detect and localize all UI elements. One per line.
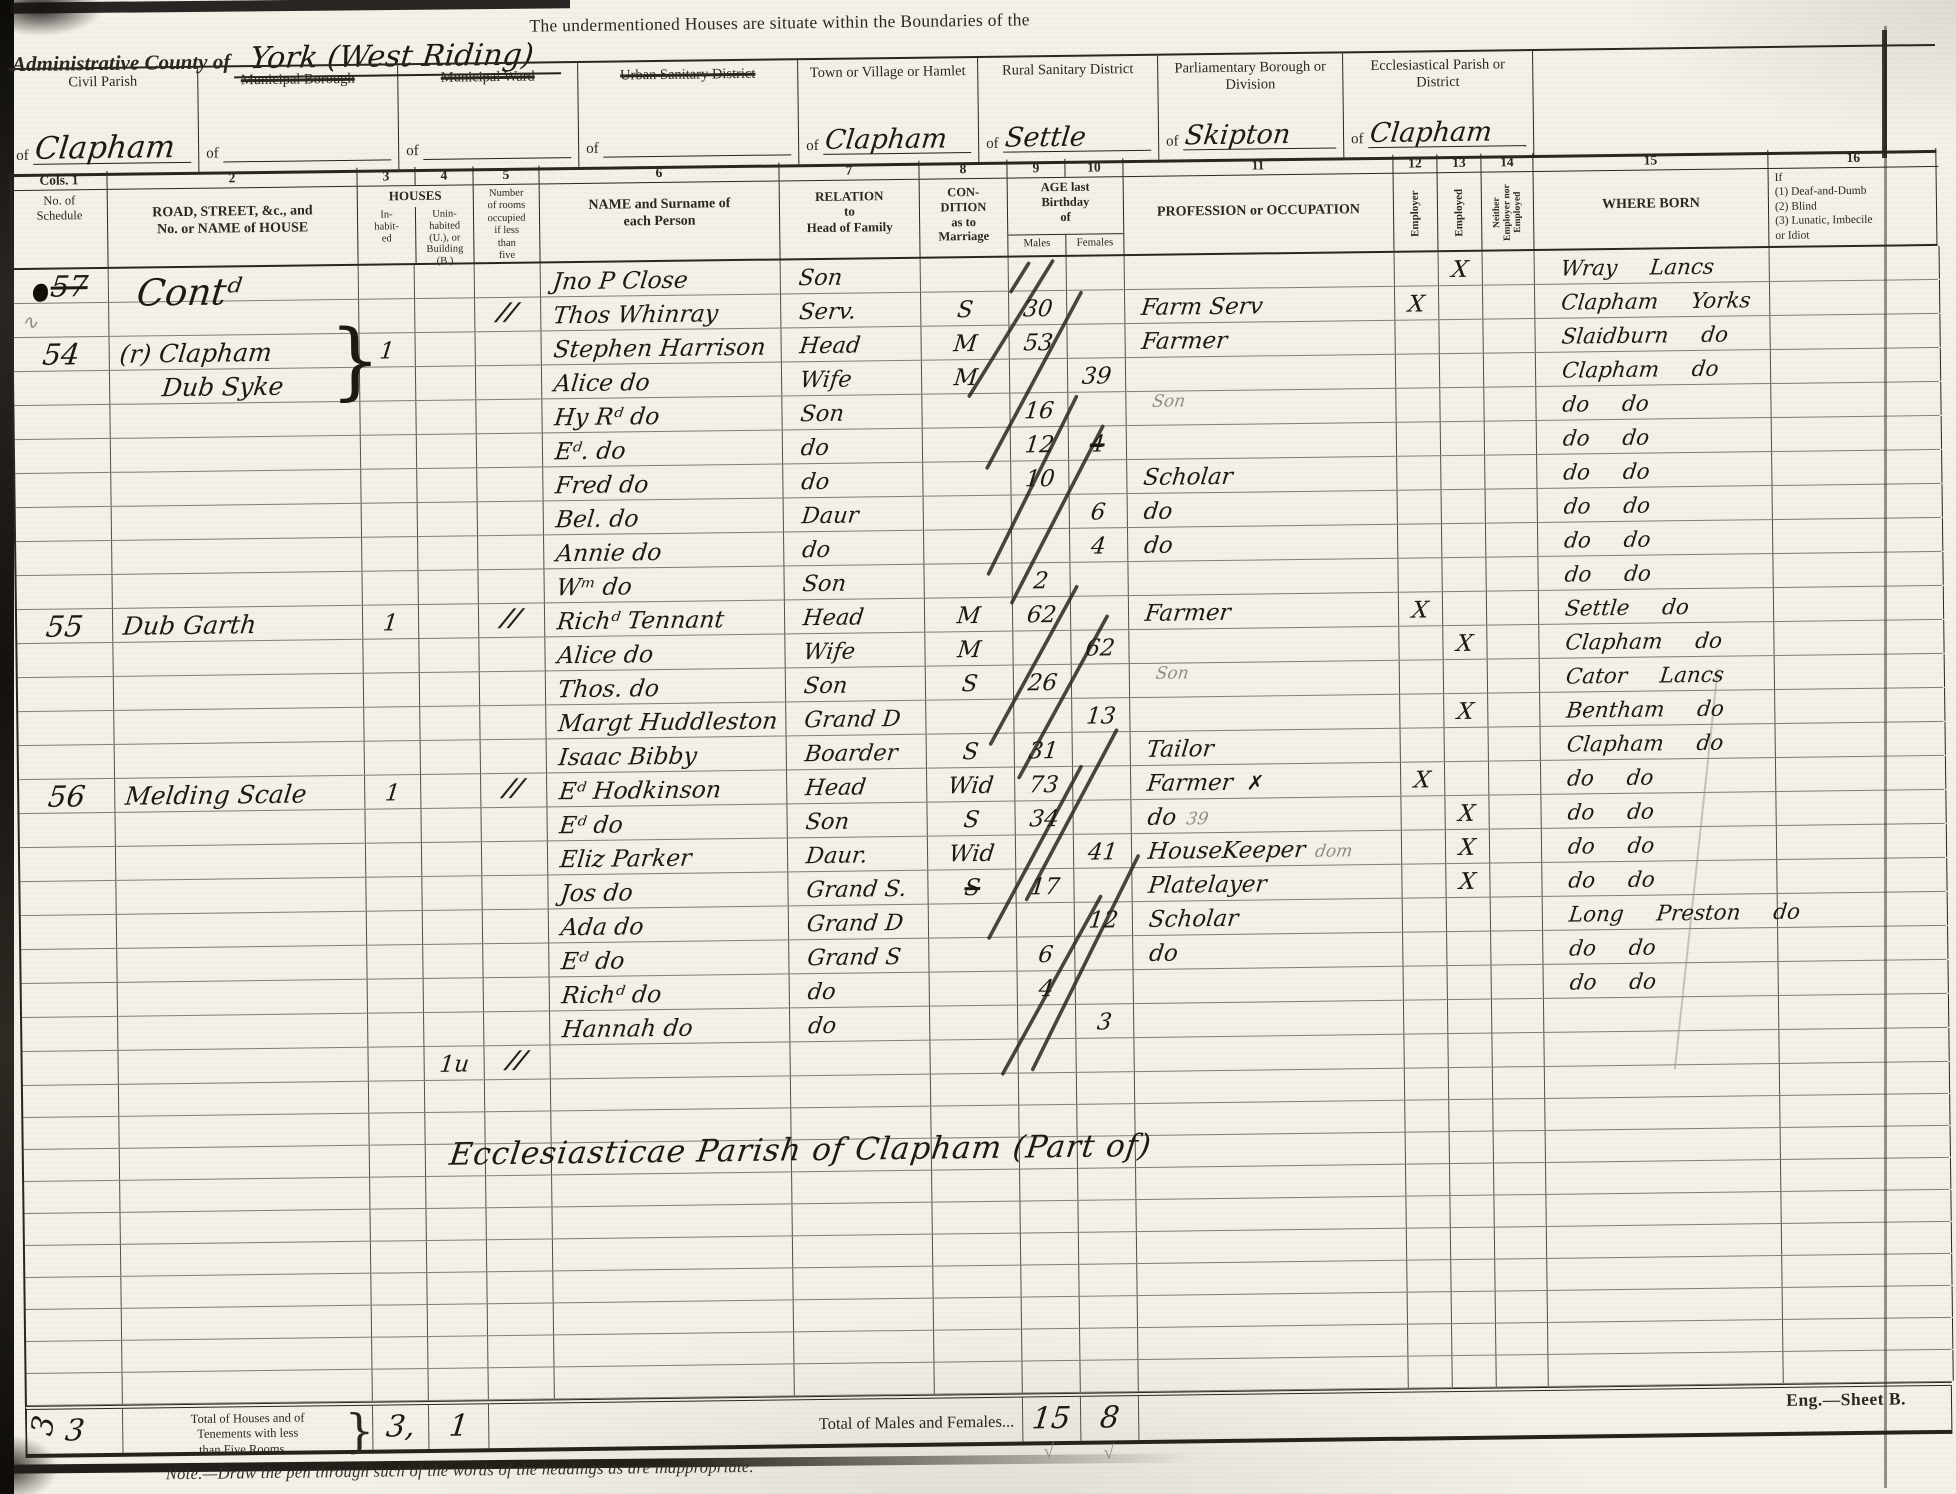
district-box-value: Clapham (1368, 121, 1492, 147)
condition: Wid (946, 771, 995, 802)
cell-neither (1489, 727, 1541, 761)
age-male: 4 (1037, 974, 1055, 1004)
relation: Grand D (803, 704, 903, 735)
age-female: 13 (1085, 701, 1118, 731)
cell-neither (1486, 523, 1538, 557)
cell-age-female: 4 (1070, 528, 1128, 562)
age-male: 10 (1024, 464, 1057, 494)
district-box-label: Town or Village or Hamlet (798, 58, 977, 82)
where-born: Long Preston do (1567, 898, 1801, 931)
column-header-name: 6 NAME and Surname of each Person (539, 162, 780, 261)
column-header-rooms: 5 Number of rooms occupied if less than … (473, 165, 540, 262)
cell-occupation: Farm Serv (1125, 287, 1395, 323)
district-box-value: Settle (1003, 126, 1086, 151)
person-name: Annie do (555, 537, 664, 568)
column-header-employed: 13 Employed (1437, 154, 1482, 251)
pencil-annotation: 39 (1185, 809, 1210, 829)
occupation: Scholar (1147, 904, 1240, 935)
employed-x: X (1457, 799, 1477, 829)
of-prefix: of (986, 136, 999, 153)
cell-employed: X (1446, 864, 1490, 898)
cell-infirmity (1770, 314, 1940, 349)
ink-blot (33, 284, 48, 302)
cell-age-male: 62 (1013, 597, 1071, 631)
cell-age-female: 13 (1072, 698, 1130, 732)
cell-infirmity (1779, 1028, 1949, 1063)
cell-where-born: Settle do (1539, 588, 1774, 624)
relation: Wife (798, 365, 853, 396)
household-hash-mark: // (495, 298, 521, 326)
where-born: do do (1561, 390, 1651, 421)
of-prefix: of (206, 146, 219, 163)
cell-occupation: Son (1130, 661, 1400, 697)
cell-age-male: 30 (1009, 291, 1067, 325)
inhabited-mark: 1 (378, 336, 396, 366)
cell-condition: M (925, 598, 1013, 632)
where-born: Clapham Yorks (1560, 286, 1753, 318)
occupation: do (1143, 531, 1175, 561)
cell-name: Hannah do (550, 1008, 790, 1044)
condition: M (952, 329, 979, 359)
district-box-label: Urban Sanitary District (578, 60, 797, 84)
cell-employed: X (1444, 694, 1488, 728)
person-name: Bel. do (554, 503, 640, 534)
cell-inhabited: 1 (365, 775, 421, 809)
condition: M (956, 635, 983, 665)
cell-infirmity (1770, 246, 1940, 281)
age-male: 17 (1029, 872, 1062, 902)
cell-neither (1492, 965, 1544, 999)
person-name: Richᵈ do (560, 979, 663, 1010)
cell-occupation: Son (1126, 389, 1396, 425)
where-born: Slaidburn do (1560, 321, 1730, 353)
cell-relation: do (784, 531, 924, 566)
cell-relation: Grand S. (788, 871, 928, 906)
age-male: 6 (1037, 940, 1055, 970)
cell-employed: X (1446, 830, 1490, 864)
condition: M (952, 363, 979, 393)
person-name: Thos Whinray (552, 298, 720, 330)
cell-occupation (1129, 627, 1399, 663)
age-male: 12 (1023, 430, 1056, 460)
cell-name: Annie do (544, 532, 784, 568)
cell-condition: Wid (927, 768, 1015, 802)
cell-age-female: 41 (1074, 834, 1132, 868)
house-name: Dub Garth (121, 610, 257, 642)
condition: S (962, 873, 981, 903)
cell-name: Ada do (549, 906, 789, 942)
of-prefix: of (1351, 131, 1364, 148)
footer-note: Note.—Draw the pen through such of the w… (166, 1457, 754, 1484)
age-male: 2 (1032, 566, 1050, 596)
cell-name: Thos Whinray (541, 294, 781, 330)
district-box-label: Municipal Ward (398, 63, 577, 87)
employer-x: X (1413, 765, 1433, 795)
blank-paper (1533, 46, 1936, 155)
cell-neither (1490, 863, 1542, 897)
cell-where-born: do do (1541, 758, 1776, 794)
relation: Son (801, 569, 848, 600)
cell-name: Margt Huddleston (546, 702, 786, 738)
district-box-label: Municipal Borough (198, 65, 397, 89)
age-male: 73 (1027, 770, 1060, 800)
cell-rooms: // (479, 603, 545, 637)
cell-age-male: 10 (1011, 461, 1069, 495)
cell-where-born: do do (1538, 520, 1773, 556)
cell-relation: do (783, 429, 923, 464)
cell-occupation (1128, 559, 1398, 595)
cell-neither (1491, 897, 1543, 931)
cell-infirmity (1771, 348, 1941, 383)
where-born: do do (1566, 798, 1656, 829)
age-male: 26 (1026, 668, 1059, 698)
column-header-uninhabited: Unin- habited (U.), or Building (B.) (416, 206, 474, 263)
cell-condition: M (922, 360, 1010, 394)
sheet-series-label: Eng.—Sheet B. (1786, 1388, 1906, 1411)
cell-employed: X (1445, 796, 1489, 830)
cell-name: Alice do (542, 362, 782, 398)
person-name: Ada do (559, 911, 645, 942)
where-born: do do (1566, 832, 1656, 863)
cell-relation: do (790, 1007, 930, 1042)
where-born: Settle do (1563, 593, 1690, 625)
cell-age-male: 12 (1011, 427, 1069, 461)
relation: do (806, 977, 837, 1007)
age-female: 6 (1089, 497, 1107, 527)
cell-age-female: 12 (1075, 902, 1133, 936)
cell-name: Fred do (543, 464, 783, 500)
cell-where-born: Cator Lancs (1540, 656, 1775, 692)
relation: Wife (802, 637, 857, 668)
person-name: Richᵈ Tennant (555, 604, 725, 636)
household-hash-mark: // (501, 774, 527, 802)
cell-neither (1488, 659, 1540, 693)
cell-name: Alice do (545, 634, 785, 670)
relation: Son (799, 399, 846, 430)
household-hash-mark: // (498, 604, 524, 632)
cell-infirmity (1775, 722, 1945, 757)
pencil-annotation: dom (1314, 841, 1354, 862)
cell-where-born: Bentham do (1540, 690, 1775, 726)
employed-x: X (1455, 629, 1475, 659)
column-header-age-males: Males (1008, 235, 1066, 256)
sheet-title: The undermentioned Houses are situate wi… (499, 9, 1059, 37)
cell-schedule: 55 (17, 609, 113, 643)
cell-condition: M (921, 326, 1009, 360)
district-box-label: Ecclesiastical Parish or District (1343, 51, 1532, 92)
cell-relation: Grand D (786, 701, 926, 736)
occupation: do (1146, 803, 1178, 833)
cell-where-born: Clapham do (1536, 350, 1771, 386)
cell-road: Dub Syke (110, 368, 360, 404)
cell-where-born: Clapham do (1541, 724, 1776, 760)
totals-females: 8 √ (1081, 1396, 1140, 1441)
cell-where-born: Clapham do (1539, 622, 1774, 658)
age-male: 34 (1028, 804, 1061, 834)
cell-where-born: Wray Lancs (1535, 248, 1770, 284)
cell-employed: X (1443, 626, 1487, 660)
relation: Grand S. (805, 874, 908, 905)
house-name: Dub Syke (160, 372, 285, 404)
cell-where-born: do do (1541, 792, 1776, 828)
person-name: Eliz Parker (558, 843, 693, 875)
condition: S (955, 295, 974, 325)
cell-inhabited: 1 (363, 605, 419, 639)
cell-condition: Wid (928, 836, 1016, 870)
cell-infirmity (1779, 994, 1949, 1029)
cell-occupation: do (1128, 525, 1398, 561)
person-name: Isaac Bibby (557, 741, 698, 773)
cell-where-born: do do (1537, 452, 1772, 488)
cell-age-male: 2 (1012, 563, 1070, 597)
relation: Grand D (805, 908, 905, 939)
where-born: Wray Lancs (1559, 253, 1716, 285)
cell-where-born: do do (1542, 826, 1777, 862)
district-box: Urban Sanitary Districtof (578, 60, 799, 167)
district-box: Civil ParishofClapham (8, 68, 199, 174)
cell-name: Richᵈ do (550, 974, 790, 1010)
cell-age-female: 4 (1069, 426, 1127, 460)
person-name: Eᵈ. do (553, 435, 627, 466)
cell-name: Eᵈ do (549, 940, 789, 976)
cell-age-male: 26 (1014, 665, 1072, 699)
relation: do (800, 467, 831, 497)
person-name: Eᵈ Hodkinson (558, 774, 723, 806)
employer-x: X (1407, 289, 1427, 319)
cell-neither (1491, 931, 1543, 965)
relation: Head (804, 772, 868, 803)
cell-infirmity (1773, 518, 1943, 553)
person-name: Fred do (554, 469, 650, 500)
where-born: do do (1563, 526, 1653, 557)
relation: Son (802, 671, 849, 702)
occupation: Platelayer (1147, 869, 1268, 901)
cell-relation: Boarder (787, 735, 927, 770)
cell-occupation: Platelayer (1132, 865, 1402, 901)
condition: M (955, 601, 982, 631)
age-female: 3 (1096, 1007, 1114, 1037)
cell-schedule: 56 (19, 779, 115, 813)
schedule-number: 55 (45, 611, 85, 642)
of-prefix: of (586, 141, 599, 158)
cell-occupation (1125, 253, 1395, 289)
cell-age-male: 16 (1010, 393, 1068, 427)
person-name: Jno P Close (551, 265, 689, 297)
person-name: Stephen Harrison (552, 332, 767, 365)
cell-occupation (1130, 695, 1400, 731)
cell-infirmity (1778, 892, 1948, 927)
cell-relation: Grand S (789, 939, 929, 974)
cell-age-male: 4 (1018, 971, 1076, 1005)
district-box: Municipal Wardof (398, 63, 579, 169)
of-prefix: of (1166, 133, 1179, 150)
cell-name: Bel. do (544, 498, 784, 534)
cell-relation: do (790, 973, 930, 1008)
census-table-body: } ∿ 57ContᵈJno P CloseSonXWr (11, 246, 1952, 1406)
cell-age-female: 3 (1076, 1004, 1134, 1038)
column-header-road: 2 ROAD, STREET, &c., and No. or NAME of … (107, 168, 358, 267)
pencil-annotation: Son (1151, 391, 1187, 411)
of-prefix: of (16, 148, 29, 165)
condition: S (960, 669, 979, 699)
cell-condition: S (928, 870, 1016, 904)
district-box: Parliamentary Borough or DivisionofSkipt… (1158, 53, 1344, 159)
cell-neither (1489, 795, 1541, 829)
cell-uninhabited: 1u (424, 1046, 484, 1080)
occupation: Farmer (1143, 598, 1232, 629)
where-born: do do (1561, 424, 1651, 455)
cell-name: Eᵈ. do (543, 430, 783, 466)
cell-name: Isaac Bibby (547, 736, 787, 772)
cell-where-born: Long Preston do (1543, 894, 1778, 930)
cell-neither (1487, 591, 1539, 625)
house-name: (r) Clapham (118, 338, 273, 370)
cell-where-born: do do (1537, 418, 1772, 454)
cell-neither (1484, 387, 1536, 421)
cell-employed: X (1439, 252, 1483, 286)
age-female: 4 (1090, 531, 1108, 561)
cell-occupation: Farmer (1125, 321, 1395, 357)
cell-age-male: 31 (1015, 733, 1073, 767)
cell-occupation: Scholar (1127, 457, 1397, 493)
where-born: do do (1562, 458, 1652, 489)
occupation: Scholar (1142, 462, 1235, 493)
employed-x: X (1450, 255, 1470, 285)
occupation: do (1148, 939, 1180, 969)
cell-where-born: do do (1538, 486, 1773, 522)
where-born: Cator Lancs (1564, 661, 1725, 693)
cell-age-female: 39 (1068, 358, 1126, 392)
cell-relation: Son (786, 667, 926, 702)
column-header-infirmity: 16 If (1) Deaf-and-Dumb (2) Blind (3) Lu… (1768, 148, 1939, 246)
cell-occupation: Farmer (1129, 593, 1399, 629)
cell-where-born: do do (1543, 962, 1778, 998)
cell-condition: S (927, 802, 1015, 836)
cell-road: Melding Scale (115, 776, 365, 812)
cell-relation: Son (782, 395, 922, 430)
cell-infirmity (1778, 926, 1948, 961)
cell-occupation: do39 (1131, 797, 1401, 833)
cell-occupation (1127, 423, 1397, 459)
age-female: 4 (1088, 429, 1106, 459)
cell-neither (1483, 319, 1535, 353)
occupation: HouseKeeper (1146, 835, 1307, 867)
cell-neither (1485, 421, 1537, 455)
totals-houses-label: Total of Houses and of Tenements with le… (123, 1406, 374, 1453)
household-hash-mark: // (504, 1046, 530, 1074)
occupation: Farmer (1146, 768, 1235, 799)
inhabited-mark: 1 (384, 778, 402, 808)
cell-name: Eᵈ do (547, 804, 787, 840)
district-box: Rural Sanitary DistrictofSettle (978, 56, 1159, 162)
cell-neither (1487, 625, 1539, 659)
relation: Grand S (806, 942, 903, 973)
cell-condition: S (927, 734, 1015, 768)
cell-road: (r) Clapham (109, 334, 359, 370)
where-born: do do (1566, 764, 1656, 795)
column-header-where-born: 15 WHERE BORN (1533, 150, 1769, 249)
person-name: Thos. do (556, 673, 660, 704)
cell-relation: Wife (782, 361, 922, 396)
inhabited-mark: 1 (382, 608, 400, 638)
cell-relation: Son (781, 259, 921, 294)
cell-condition: M (925, 632, 1013, 666)
cell-infirmity (1778, 960, 1948, 995)
cell-age-male: 34 (1015, 801, 1073, 835)
cell-occupation: Tailor (1131, 729, 1401, 765)
cell-occupation: do (1128, 491, 1398, 527)
person-name: Eᵈ do (558, 809, 625, 840)
occupation: Farmer (1140, 326, 1229, 357)
occupation: Farm Serv (1140, 291, 1265, 323)
cell-condition: S (926, 666, 1014, 700)
cell-infirmity (1771, 382, 1941, 417)
cell-infirmity (1774, 586, 1944, 621)
cell-infirmity (1775, 654, 1945, 689)
age-female: 12 (1087, 905, 1120, 935)
condition: S (961, 737, 980, 767)
cell-infirmity (1776, 756, 1946, 791)
age-male: 16 (1023, 396, 1056, 426)
district-box-value: Skipton (1183, 123, 1291, 148)
relation: Daur (800, 500, 860, 531)
person-name: Wᵐ do (555, 571, 634, 602)
cell-age-male: 6 (1017, 937, 1075, 971)
cell-occupation: Farmer✗ (1131, 763, 1401, 799)
occupation: do (1142, 497, 1174, 527)
employed-x: X (1458, 833, 1478, 863)
column-header-houses-group: 34 HOUSES In- habit- ed Unin- habited (U… (357, 166, 474, 263)
cell-relation: Wife (785, 633, 925, 668)
cell-employer: X (1401, 762, 1445, 796)
cell-neither (1492, 1033, 1544, 1067)
age-male: 53 (1022, 328, 1055, 358)
relation: Serv. (798, 297, 858, 328)
cell-age-male: 17 (1016, 869, 1074, 903)
top-header-band: Administrative County ofYork (West Ridin… (8, 0, 1937, 172)
column-header-condition: 8 CON- DITION as to Marriage (919, 160, 1008, 257)
cell-age-male: 53 (1009, 325, 1067, 359)
district-box-label: Rural Sanitary District (978, 56, 1157, 80)
district-box-label: Civil Parish (8, 68, 197, 92)
cell-employer: X (1395, 286, 1439, 320)
column-header-age-group: 910 AGE last Birthday of Males Females (1007, 158, 1124, 255)
cell-occupation: HouseKeeperdom (1132, 831, 1402, 867)
cell-relation: Daur (784, 497, 924, 532)
cell-name: Jno P Close (541, 260, 781, 296)
cell-relation: Daur. (788, 837, 928, 872)
cell-infirmity (1772, 484, 1942, 519)
cell-age-female: 62 (1071, 630, 1129, 664)
houses-group-title: HOUSES (358, 185, 473, 206)
cell-schedule: 54 (14, 337, 110, 371)
totals-uninhabited: 1 (429, 1404, 490, 1449)
relation: Daur. (804, 840, 869, 871)
where-born: Clapham do (1564, 627, 1724, 659)
cell-where-born: do do (1543, 928, 1778, 964)
cell-relation: Grand D (789, 905, 929, 940)
schedule-number: 54 (41, 339, 81, 370)
age-male: 62 (1025, 600, 1058, 630)
cell-condition: S (921, 292, 1009, 326)
district-box-label: Parliamentary Borough or Division (1158, 53, 1342, 94)
cell-relation: Son (784, 565, 924, 600)
district-box-value: Clapham (33, 135, 175, 161)
column-header-neither: 14 Neither Employer nor Employed (1481, 153, 1534, 250)
cell-where-born: Clapham Yorks (1535, 282, 1770, 318)
where-born: Clapham do (1560, 355, 1720, 387)
relation: Head (801, 602, 865, 633)
